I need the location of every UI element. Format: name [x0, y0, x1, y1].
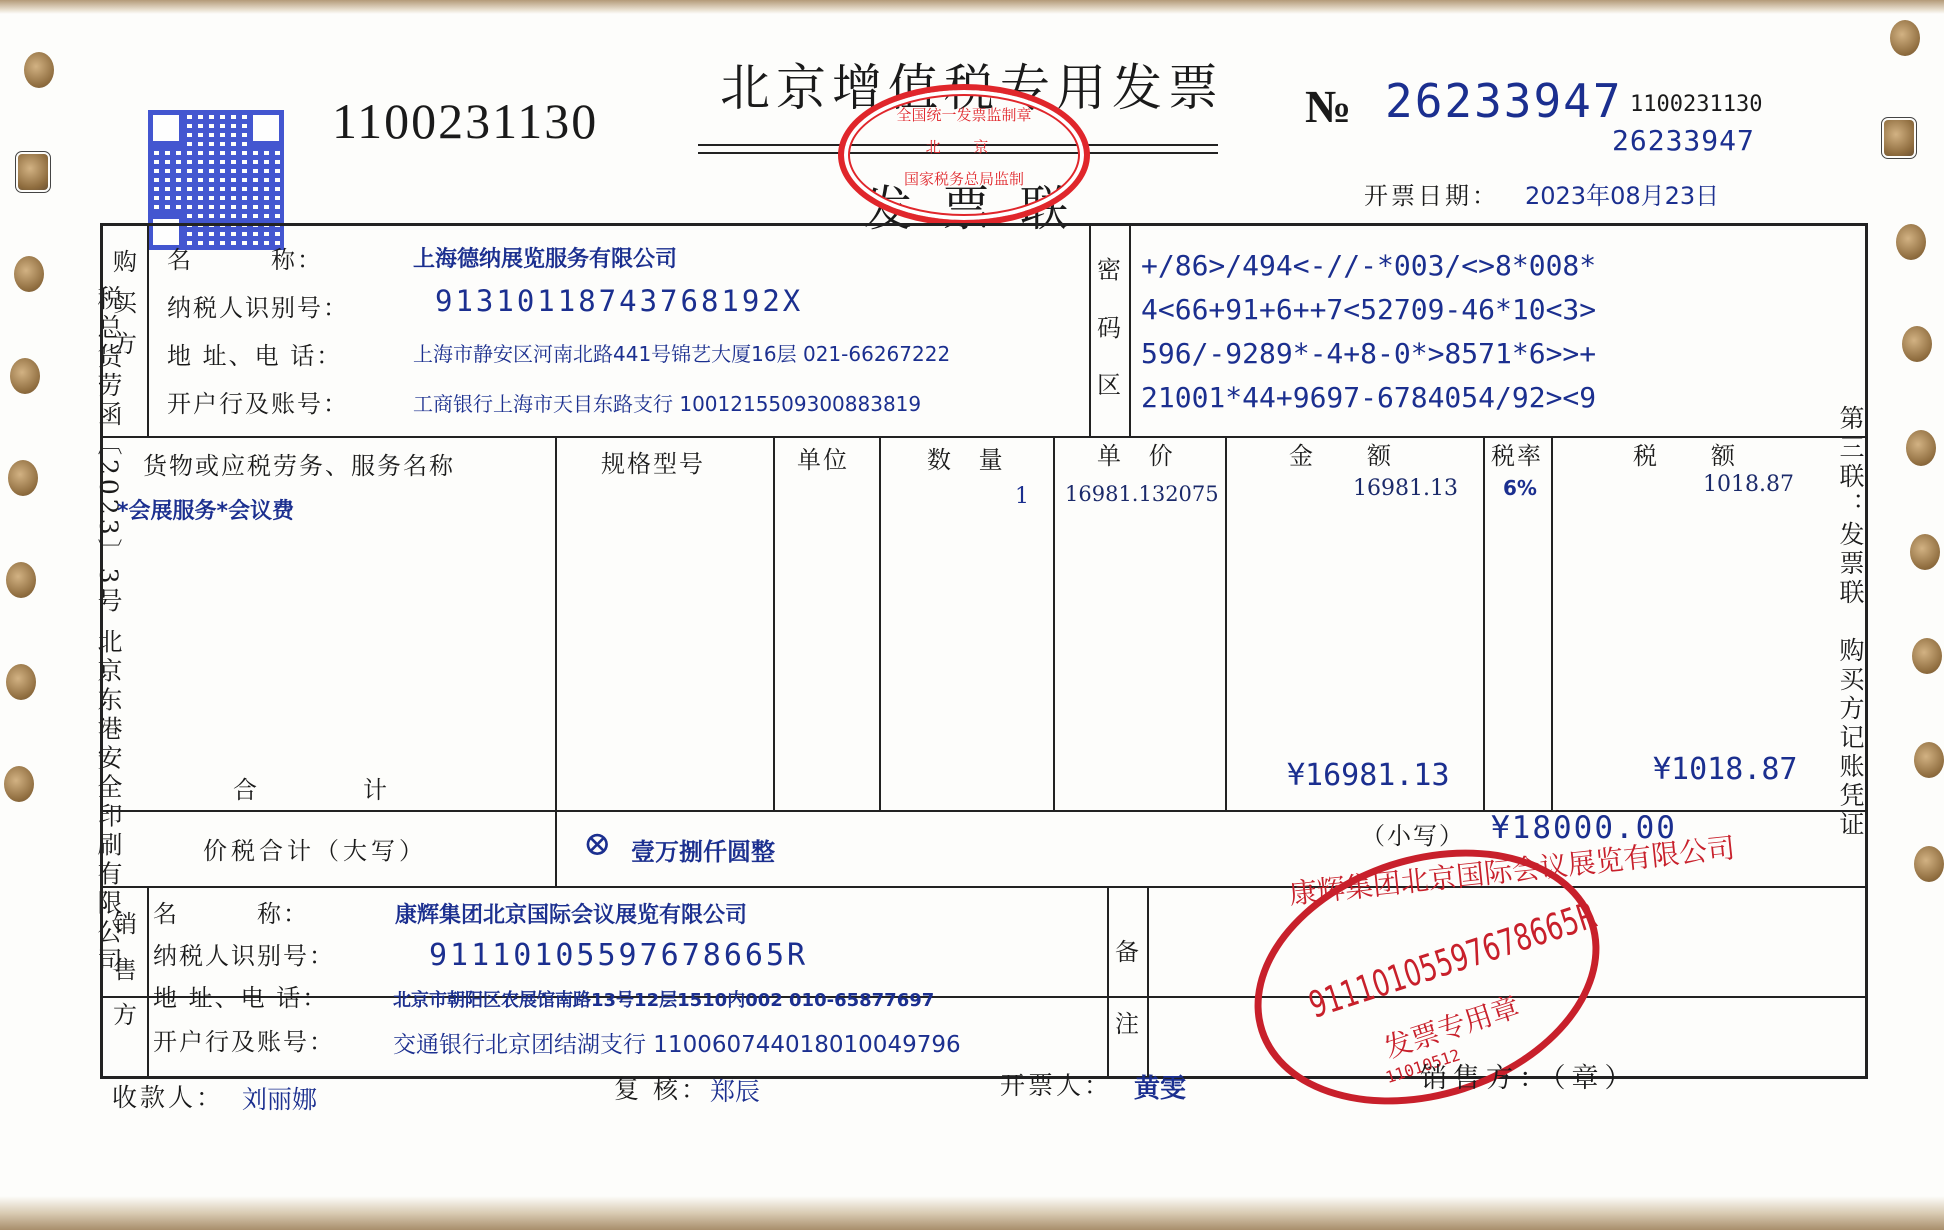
punch-hole-icon — [1914, 846, 1944, 882]
buyer-address-phone: 上海市静安区河南北路441号锦艺大厦16层 021-66267222 — [413, 338, 950, 367]
invoice-number-small: 26233947 — [1612, 124, 1755, 157]
punch-hole-icon — [1884, 120, 1914, 156]
punch-hole-icon — [1902, 326, 1932, 362]
punch-hole-icon — [14, 256, 44, 292]
item-unit-price: 16981.132075 — [1065, 482, 1219, 506]
seller-tax-id: 91110105597678665R — [429, 938, 808, 973]
punch-hole-icon — [1912, 638, 1942, 674]
issuer-label: 开票人： — [1000, 1066, 1112, 1102]
tax-bureau-stamp: 全国统一发票监制章 北 京 国家税务总局监制 — [838, 84, 1090, 226]
buyer-bank-label: 开户行及账号： — [167, 384, 349, 419]
col-header-quantity: 数 量 — [927, 440, 1013, 475]
paper-edge-top — [0, 0, 1944, 14]
invoice-code-small: 1100231130 — [1630, 92, 1762, 117]
punch-hole-icon — [8, 460, 38, 496]
punch-hole-icon — [10, 358, 40, 394]
seller-name-label: 名 称： — [153, 894, 309, 929]
date-label: 开票日期： — [1364, 176, 1499, 211]
seller-bank-account: 交通银行北京团结湖支行 110060744018010049796 — [393, 1026, 961, 1059]
payee-name: 刘丽娜 — [242, 1080, 317, 1116]
seller-seal-label: 销售方：（章） — [1420, 1056, 1638, 1095]
punch-hole-icon — [1890, 20, 1920, 56]
punch-hole-icon — [1906, 430, 1936, 466]
punch-hole-icon — [18, 154, 48, 190]
reviewer-name: 郑辰 — [710, 1072, 760, 1108]
buyer-tax-id: 91310118743768192X — [435, 284, 803, 318]
buyer-tax-id-label: 纳税人识别号： — [167, 288, 349, 323]
seller-name: 康辉集团北京国际会议展览有限公司 — [395, 898, 747, 929]
item-quantity: 1 — [1015, 484, 1029, 509]
reviewer-label: 复 核： — [614, 1070, 709, 1106]
col-header-unit-price: 单 价 — [1097, 436, 1183, 471]
grand-total-label: 价税合计（大写） — [203, 831, 427, 866]
grand-total-words: 壹万捌仟圆整 — [631, 832, 775, 867]
seller-bank-label: 开户行及账号： — [153, 1022, 335, 1057]
punch-hole-icon — [6, 562, 36, 598]
punch-hole-icon — [6, 664, 36, 700]
seller-tax-id-label: 纳税人识别号： — [153, 936, 335, 971]
cipher-text: +/86>/494<-//-*003/<>8*008* 4<66+91+6++7… — [1141, 244, 1596, 420]
invoice-number: 26233947 — [1385, 74, 1623, 128]
punch-hole-icon — [24, 52, 54, 88]
item-amount: 16981.13 — [1353, 476, 1458, 501]
invoice-date: 2023年08月23日 — [1525, 176, 1719, 211]
buyer-address-label: 地 址、电 话： — [167, 336, 342, 371]
number-label: № — [1305, 80, 1351, 133]
circle-x-icon: ⊗ — [583, 824, 612, 864]
cipher-section-label: 密码区 — [1095, 242, 1123, 415]
total-amount: ¥16981.13 — [1287, 758, 1450, 793]
punch-hole-icon — [1910, 534, 1940, 570]
payee-label: 收款人： — [112, 1078, 224, 1114]
total-tax: ¥1018.87 — [1653, 752, 1798, 787]
col-header-amount: 金 额 — [1289, 436, 1393, 471]
total-label: 合 计 — [233, 770, 389, 805]
buyer-name-label: 名 称： — [167, 240, 323, 275]
punch-hole-icon — [1914, 742, 1944, 778]
punch-hole-icon — [4, 766, 34, 802]
buyer-bank-account: 工商银行上海市天目东路支行 1001215509300883819 — [413, 388, 921, 417]
buyer-name: 上海德纳展览服务有限公司 — [413, 242, 677, 273]
paper-edge-bottom — [0, 1196, 1944, 1230]
item-name: *会展服务*会议费 — [117, 494, 294, 525]
col-header-spec: 规格型号 — [601, 444, 705, 479]
item-tax-rate: 6% — [1503, 476, 1537, 500]
buyer-section-label: 购买方 — [111, 242, 139, 364]
punch-hole-icon — [1896, 224, 1926, 260]
seller-section-label: 销售方 — [111, 902, 139, 1039]
col-header-unit: 单位 — [797, 440, 849, 475]
seller-address-phone: 北京市朝阳区农展馆南路13号12层1510内002 010-65877697 — [393, 986, 934, 1012]
col-header-name: 货物或应税劳务、服务名称 — [143, 446, 455, 481]
seller-address-label: 地 址、电 话： — [153, 978, 328, 1013]
remarks-label: 备注 — [1113, 916, 1141, 1060]
item-tax: 1018.87 — [1703, 472, 1794, 497]
col-header-tax-rate: 税率 — [1491, 436, 1543, 471]
invoice-code: 1100231130 — [332, 92, 598, 150]
col-header-tax: 税 额 — [1633, 436, 1737, 471]
issuer-name: 黄雯 — [1134, 1068, 1186, 1105]
invoice-table: 购买方 名 称： 上海德纳展览服务有限公司 纳税人识别号： 9131011874… — [100, 223, 1868, 1079]
grand-total-small-label: （小写） — [1361, 816, 1465, 851]
